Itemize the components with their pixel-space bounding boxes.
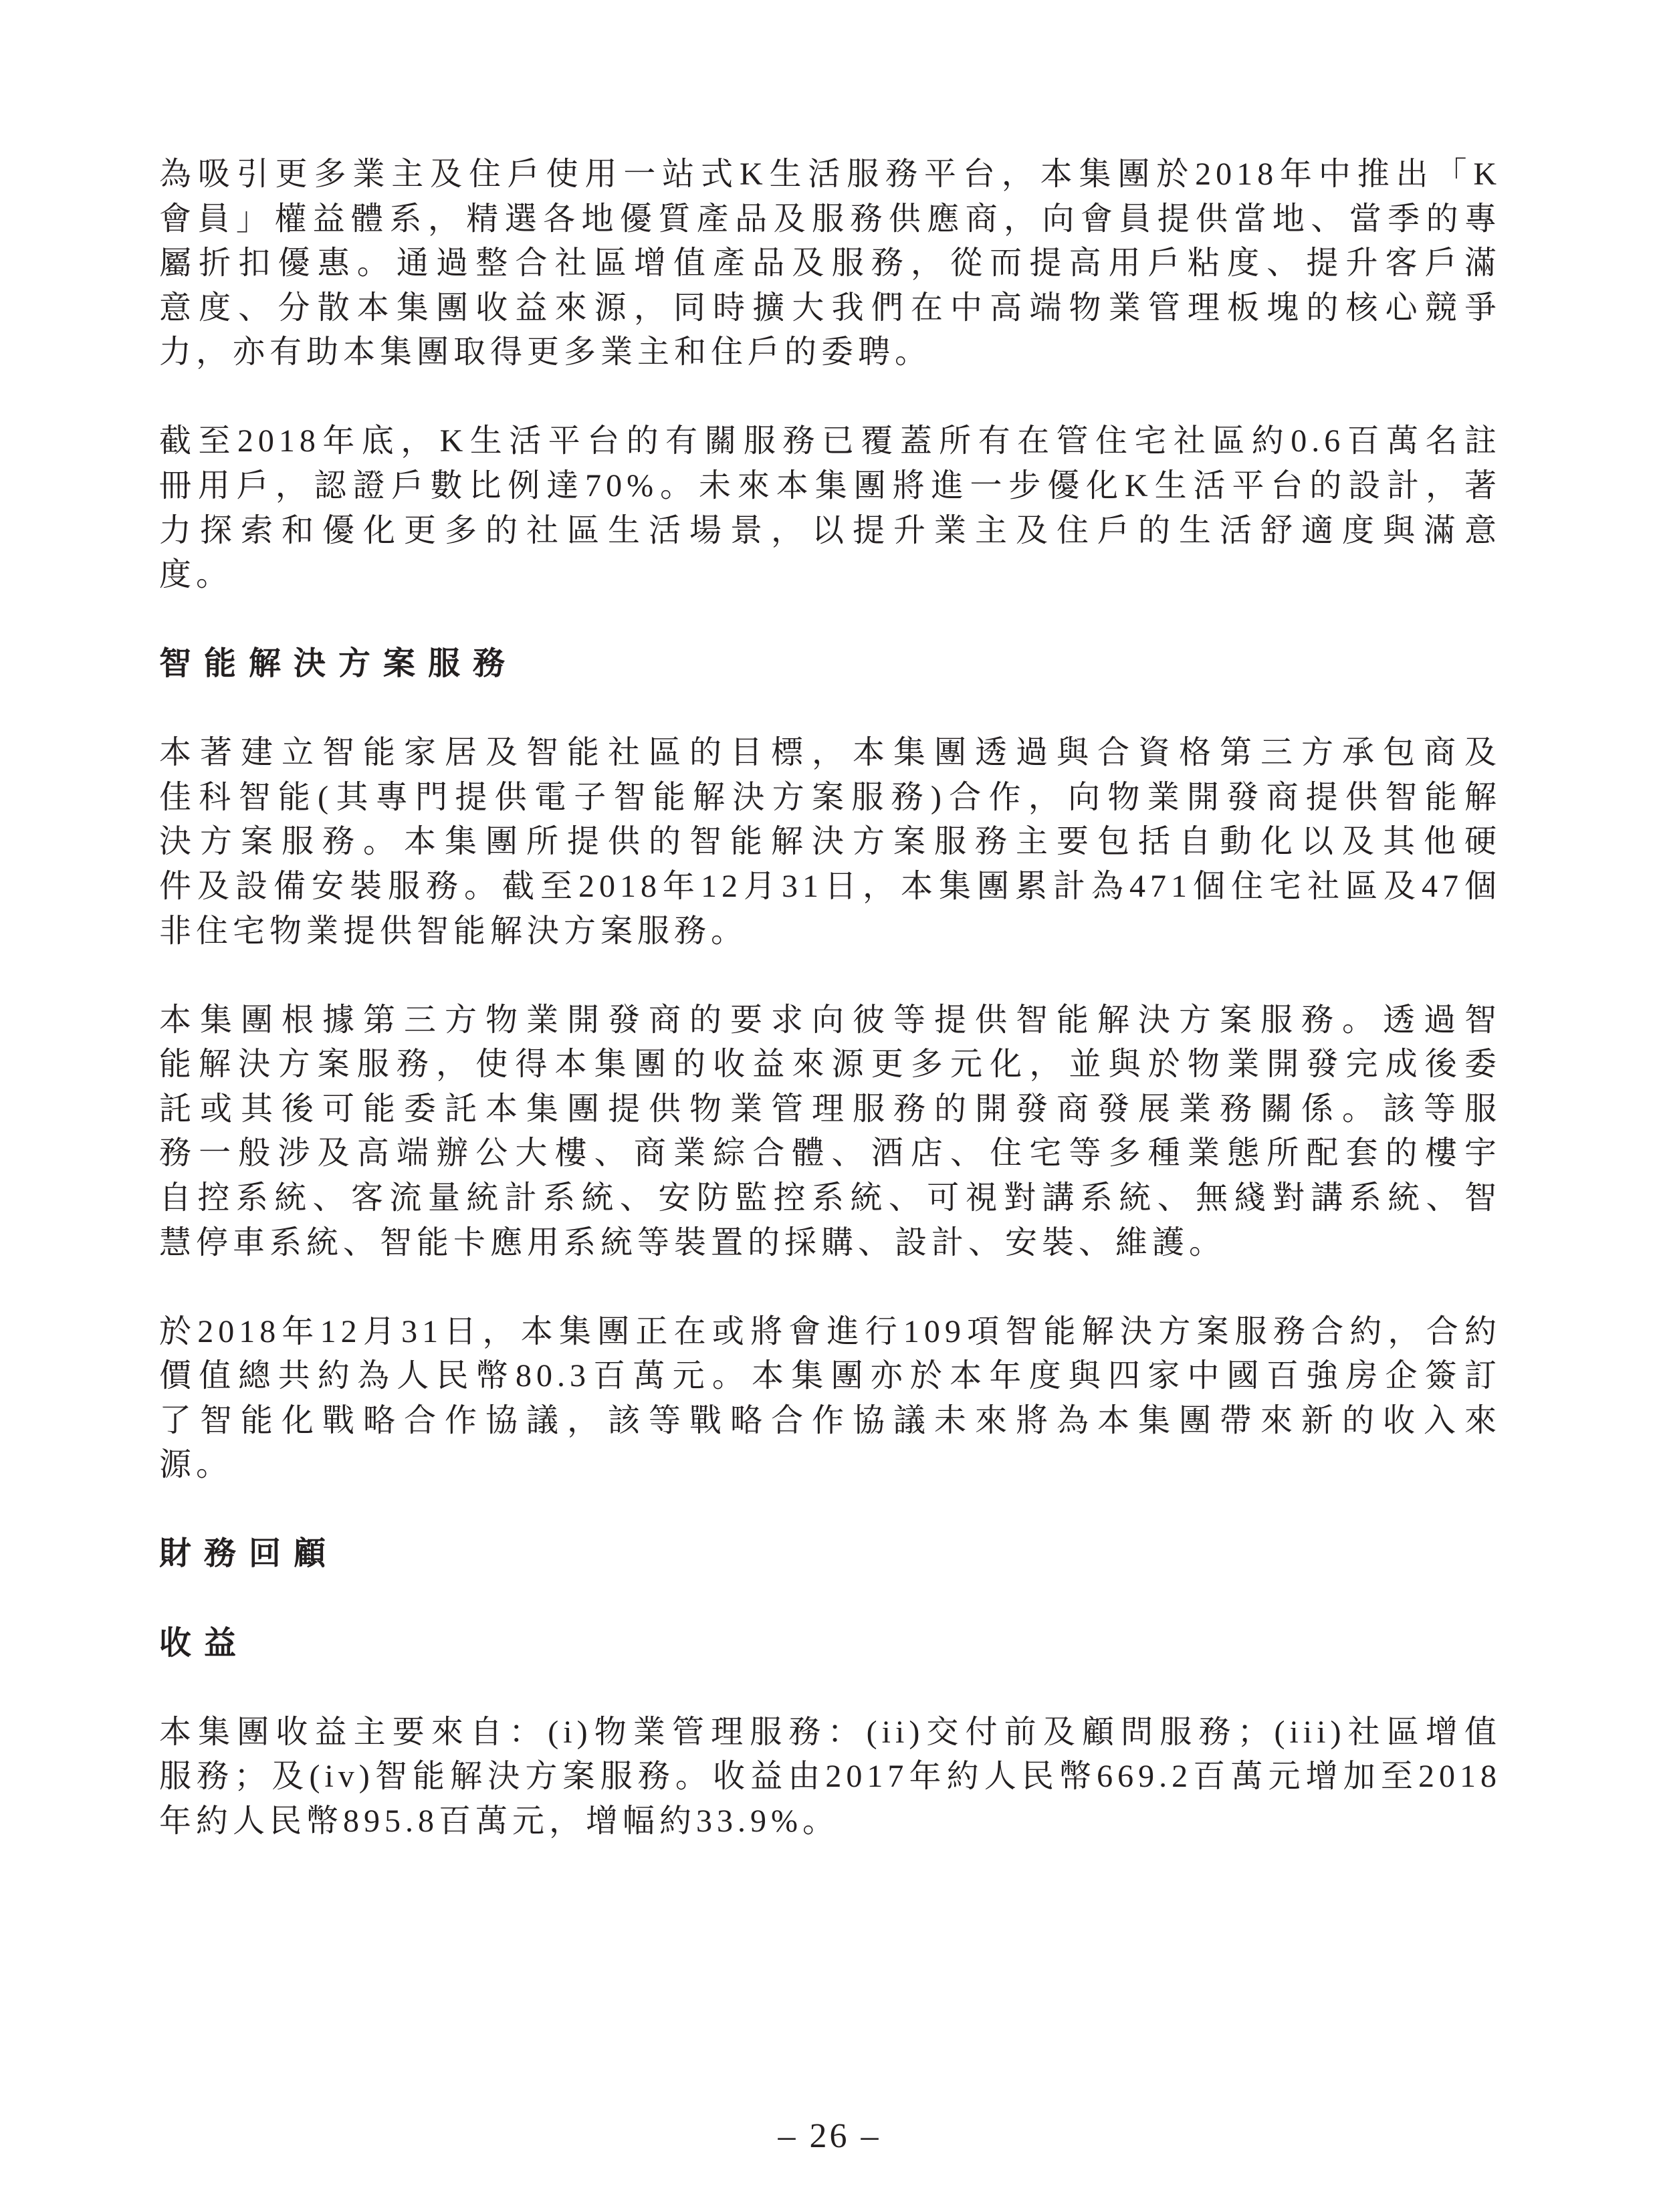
paragraph-line: 意度、分散本集團收益來源，同時擴大我們在中高端物業管理板塊的核心競爭: [159, 286, 1501, 331]
paragraph-line: 價值總共約為人民幣80.3百萬元。本集團亦於本年度與四家中國百強房企簽訂: [159, 1354, 1501, 1399]
paragraph-line: 於2018年12月31日，本集團正在或將會進行109項智能解決方案服務合約，合約: [159, 1310, 1501, 1355]
paragraph-smart-solutions-contracts: 於2018年12月31日，本集團正在或將會進行109項智能解決方案服務合約，合約…: [159, 1310, 1501, 1488]
paragraph-line: 慧停車系統、智能卡應用系統等裝置的採購、設計、安裝、維護。: [159, 1221, 1501, 1266]
paragraph-line: 件及設備安裝服務。截至2018年12月31日，本集團累計為471個住宅社區及47…: [159, 865, 1501, 909]
paragraph-line: 源。: [159, 1443, 1501, 1488]
paragraph-line: 本集團根據第三方物業開發商的要求向彼等提供智能解決方案服務。透過智: [159, 998, 1501, 1043]
page-number: – 26 –: [0, 2115, 1659, 2158]
paragraph-line: 託或其後可能委託本集團提供物業管理服務的開發商發展業務關係。該等服: [159, 1087, 1501, 1132]
paragraph-line: 力探索和優化更多的社區生活場景，以提升業主及住戶的生活舒適度與滿意: [159, 509, 1501, 554]
paragraph-line: 決方案服務。本集團所提供的智能解決方案服務主要包括自動化以及其他硬: [159, 820, 1501, 865]
paragraph-revenue: 本集團收益主要來自：(i)物業管理服務：(ii)交付前及顧問服務；(iii)社區…: [159, 1710, 1501, 1844]
paragraph-line: 度。: [159, 553, 1501, 598]
paragraph-line: 為吸引更多業主及住戶使用一站式K生活服務平台，本集團於2018年中推出「K: [159, 152, 1501, 197]
paragraph-line: 冊用戶，認證戶數比例達70%。未來本集團將進一步優化K生活平台的設計，著: [159, 464, 1501, 509]
paragraph-k-member-program: 為吸引更多業主及住戶使用一站式K生活服務平台，本集團於2018年中推出「K 會員…: [159, 152, 1501, 375]
paragraph-line: 服務；及(iv)智能解決方案服務。收益由2017年約人民幣669.2百萬元增加至…: [159, 1755, 1501, 1799]
paragraph-line: 屬折扣優惠。通過整合社區增值產品及服務，從而提高用戶粘度、提升客戶滿: [159, 241, 1501, 286]
paragraph-line: 能解決方案服務，使得本集團的收益來源更多元化，並與於物業開發完成後委: [159, 1042, 1501, 1087]
paragraph-line: 自控系統、客流量統計系統、安防監控系統、可視對講系統、無綫對講系統、智: [159, 1176, 1501, 1221]
paragraph-line: 年約人民幣895.8百萬元，增幅約33.9%。: [159, 1799, 1501, 1844]
section-heading-smart-solutions: 智能解決方案服務: [159, 642, 1501, 687]
paragraph-line: 務一般涉及高端辦公大樓、商業綜合體、酒店、住宅等多種業態所配套的樓宇: [159, 1131, 1501, 1176]
paragraph-line: 本著建立智能家居及智能社區的目標，本集團透過與合資格第三方承包商及: [159, 731, 1501, 776]
page-content: 為吸引更多業主及住戶使用一站式K生活服務平台，本集團於2018年中推出「K 會員…: [159, 152, 1501, 1844]
paragraph-line: 力，亦有助本集團取得更多業主和住戶的委聘。: [159, 330, 1501, 375]
document-page: 為吸引更多業主及住戶使用一站式K生活服務平台，本集團於2018年中推出「K 會員…: [0, 0, 1659, 2212]
paragraph-line: 了智能化戰略合作協議，該等戰略合作協議未來將為本集團帶來新的收入來: [159, 1399, 1501, 1444]
section-heading-financial-review: 財務回顧: [159, 1532, 1501, 1577]
paragraph-k-platform-coverage: 截至2018年底，K生活平台的有關服務已覆蓋所有在管住宅社區約0.6百萬名註 冊…: [159, 419, 1501, 597]
paragraph-line: 佳科智能(其專門提供電子智能解決方案服務)合作，向物業開發商提供智能解: [159, 776, 1501, 820]
paragraph-smart-solutions-scope: 本集團根據第三方物業開發商的要求向彼等提供智能解決方案服務。透過智 能解決方案服…: [159, 998, 1501, 1265]
paragraph-line: 非住宅物業提供智能解決方案服務。: [159, 909, 1501, 954]
paragraph-line: 會員」權益體系，精選各地優質產品及服務供應商，向會員提供當地、當季的專: [159, 197, 1501, 242]
paragraph-line: 本集團收益主要來自：(i)物業管理服務：(ii)交付前及顧問服務；(iii)社區…: [159, 1710, 1501, 1755]
subsection-heading-revenue: 收益: [159, 1622, 1501, 1666]
paragraph-line: 截至2018年底，K生活平台的有關服務已覆蓋所有在管住宅社區約0.6百萬名註: [159, 419, 1501, 464]
paragraph-smart-solutions-goal: 本著建立智能家居及智能社區的目標，本集團透過與合資格第三方承包商及 佳科智能(其…: [159, 731, 1501, 954]
